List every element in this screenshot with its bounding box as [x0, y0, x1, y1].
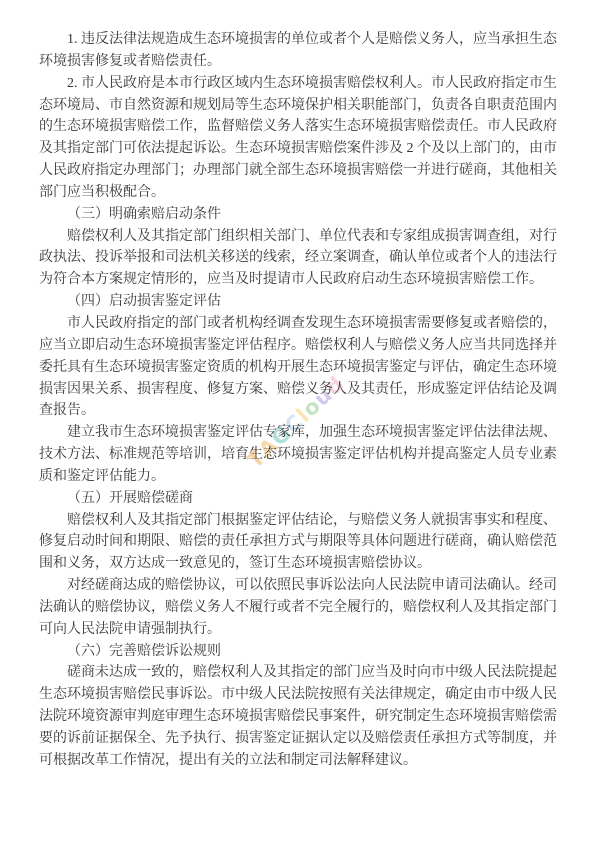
- section-heading-5: （五）开展赔偿磋商: [39, 488, 557, 510]
- paragraph-2: 2. 市人民政府是本市行政区域内生态环境损害赔偿权利人。市人民政府指定市生态环境…: [39, 73, 557, 204]
- paragraph-3-body: 赔偿权利人及其指定部门组织相关部门、单位代表和专家组成损害调查组，对行政执法、投…: [39, 226, 557, 292]
- paragraph-5-body-2: 对经磋商达成的赔偿协议，可以依照民事诉讼法向人民法院申请司法确认。经司法确认的赔…: [39, 575, 557, 641]
- paragraph-4-body-1: 市人民政府指定的部门或者机构经调查发现生态环境损害需要修复或者赔偿的，应当立即启…: [39, 313, 557, 422]
- paragraph-4-body-2: 建立我市生态环境损害鉴定评估专家库，加强生态环境损害鉴定评估法律法规、技术方法、…: [39, 422, 557, 488]
- document-content: 1. 违反法律法规造成生态环境损害的单位或者个人是赔偿义务人，应当承担生态环境损…: [39, 29, 557, 772]
- document-page: TAGCloud 1. 违反法律法规造成生态环境损害的单位或者个人是赔偿义务人，…: [0, 0, 595, 841]
- section-heading-4: （四）启动损害鉴定评估: [39, 291, 557, 313]
- paragraph-6-body: 磋商未达成一致的，赔偿权利人及其指定的部门应当及时向市中级人民法院提起生态环境损…: [39, 662, 557, 771]
- section-heading-6: （六）完善赔偿诉讼规则: [39, 641, 557, 663]
- paragraph-1: 1. 违反法律法规造成生态环境损害的单位或者个人是赔偿义务人，应当承担生态环境损…: [39, 29, 557, 73]
- section-heading-3: （三）明确索赔启动条件: [39, 204, 557, 226]
- paragraph-5-body-1: 赔偿权利人及其指定部门根据鉴定评估结论，与赔偿义务人就损害事实和程度、修复启动时…: [39, 510, 557, 576]
